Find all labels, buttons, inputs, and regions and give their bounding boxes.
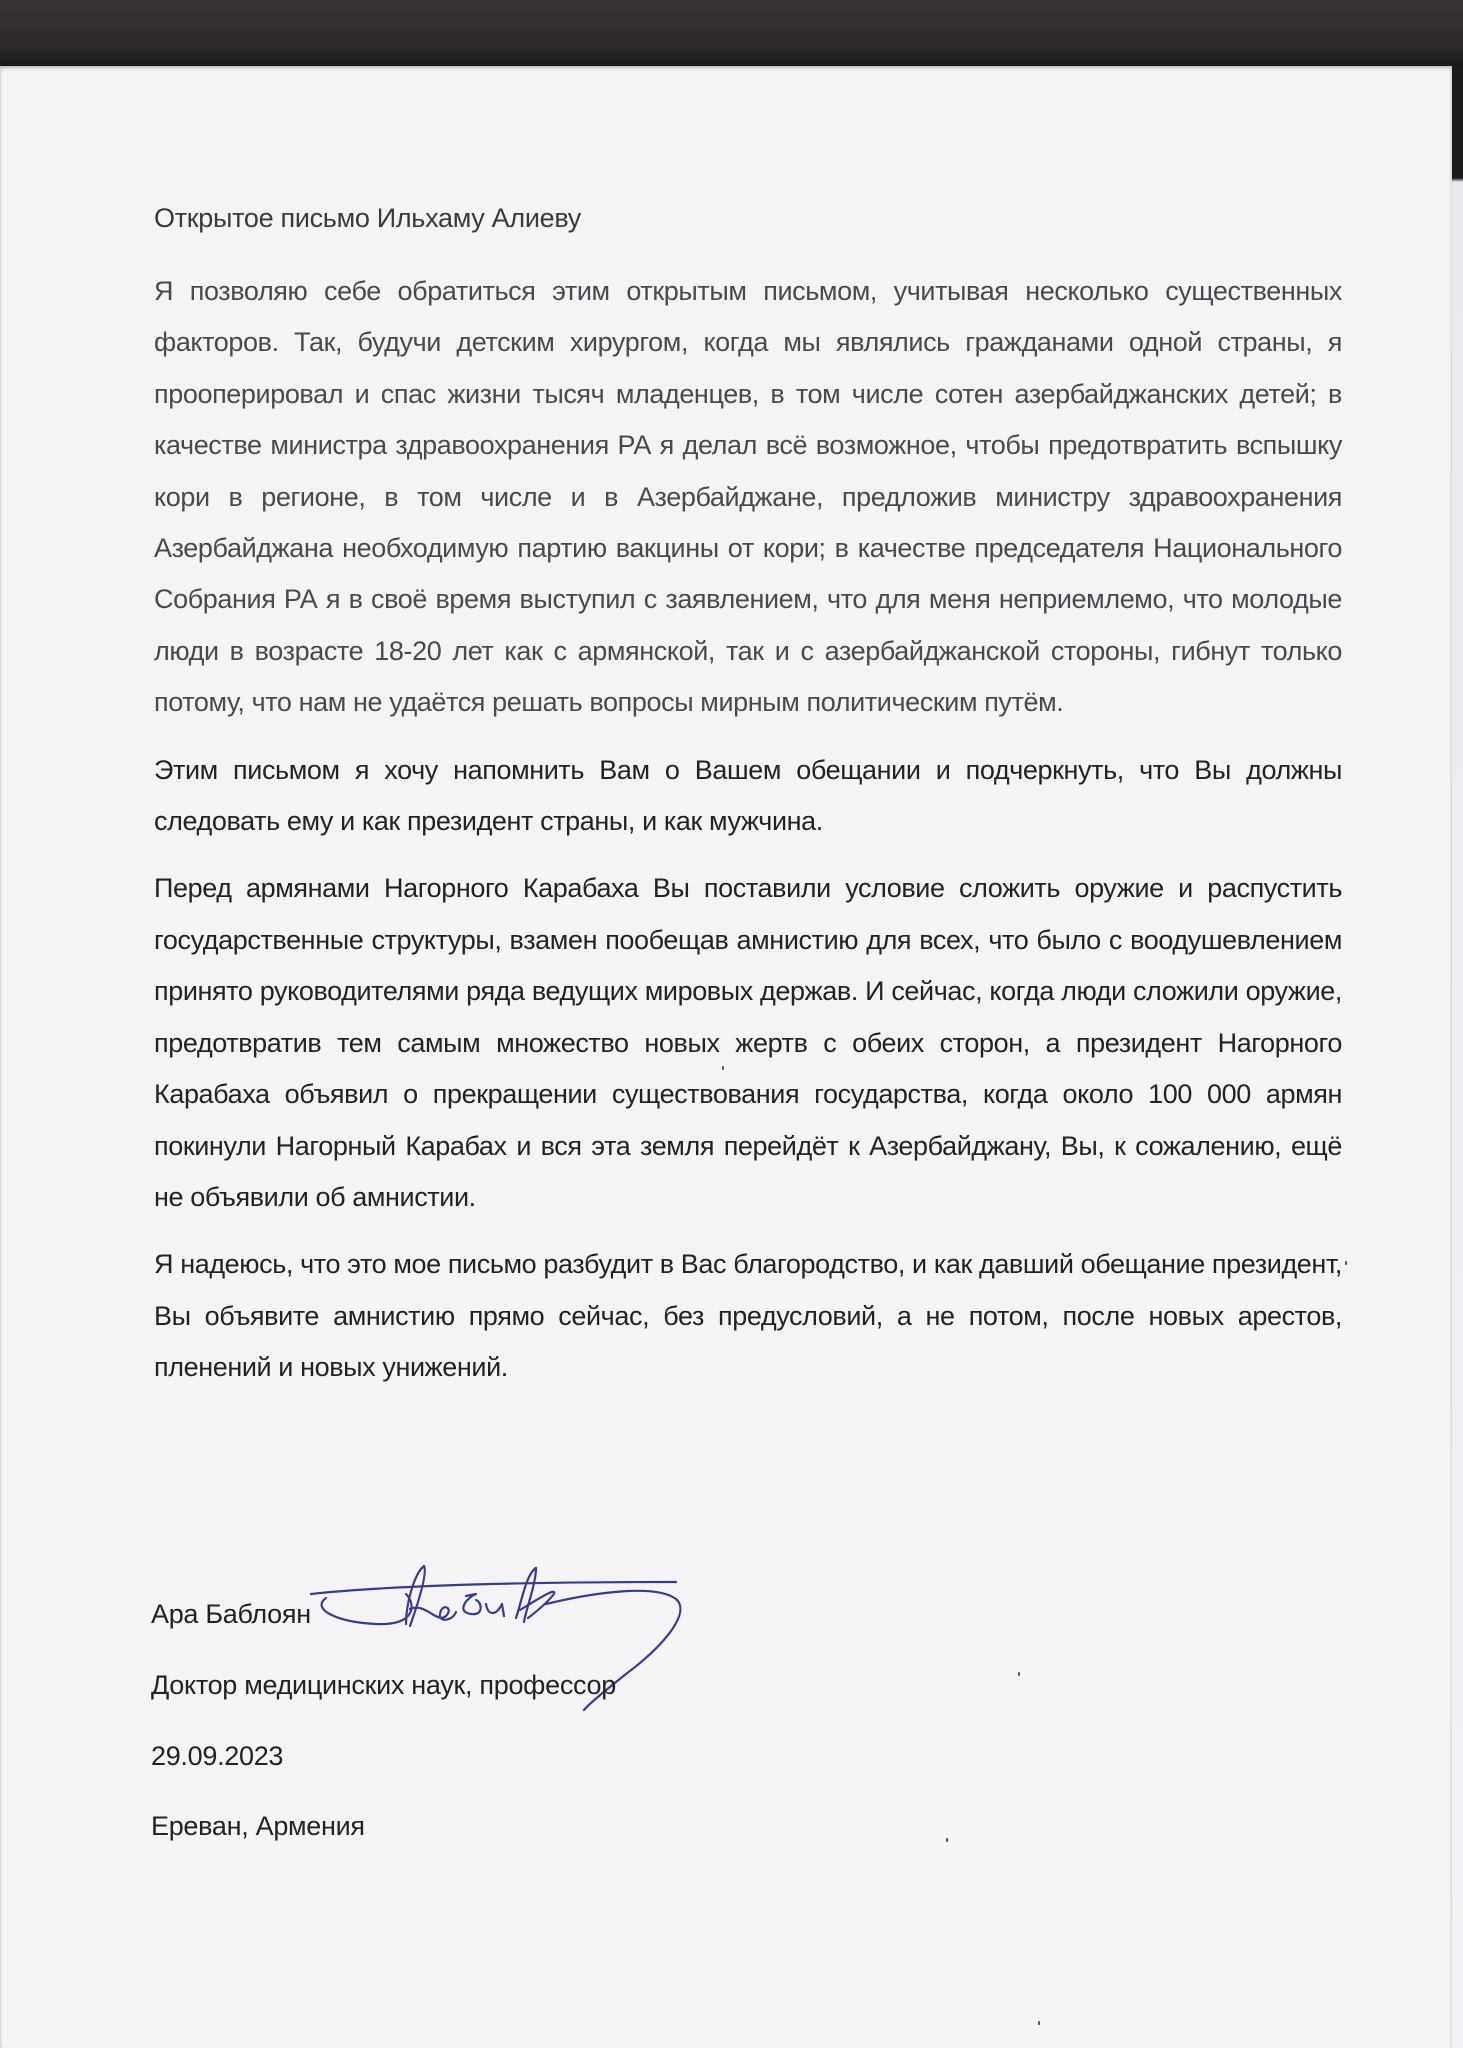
scanner-background-right [1452,66,1463,2048]
paragraph-2: Этим письмом я хочу напомнить Вам о Ваше… [154,745,1342,848]
paper-speck [1018,1672,1020,1676]
paper-speck [722,1066,724,1070]
letter-page: Открытое письмо Ильхаму Алиеву Я позволя… [0,66,1452,2048]
paragraph-1: Я позволяю себе обратиться этим открытым… [154,266,1342,729]
paper-speck [1038,2021,1040,2025]
signer-credentials: Доктор медицинских наук, профессор [151,1665,616,1705]
scanner-background-top [0,0,1463,66]
letter-place: Ереван, Армения [151,1806,365,1846]
paper-speck [946,1838,948,1842]
paper-speck [1345,1261,1347,1265]
letter-body: Я позволяю себе обратиться этим открытым… [154,266,1342,1410]
signer-name: Ара Баблоян [151,1594,311,1634]
letter-date: 29.09.2023 [151,1736,283,1776]
paragraph-3: Перед армянами Нагорного Карабаха Вы пос… [154,863,1342,1223]
paragraph-4: Я надеюсь, что это мое письмо разбудит в… [154,1239,1342,1393]
letter-title: Открытое письмо Ильхаму Алиеву [154,198,581,238]
